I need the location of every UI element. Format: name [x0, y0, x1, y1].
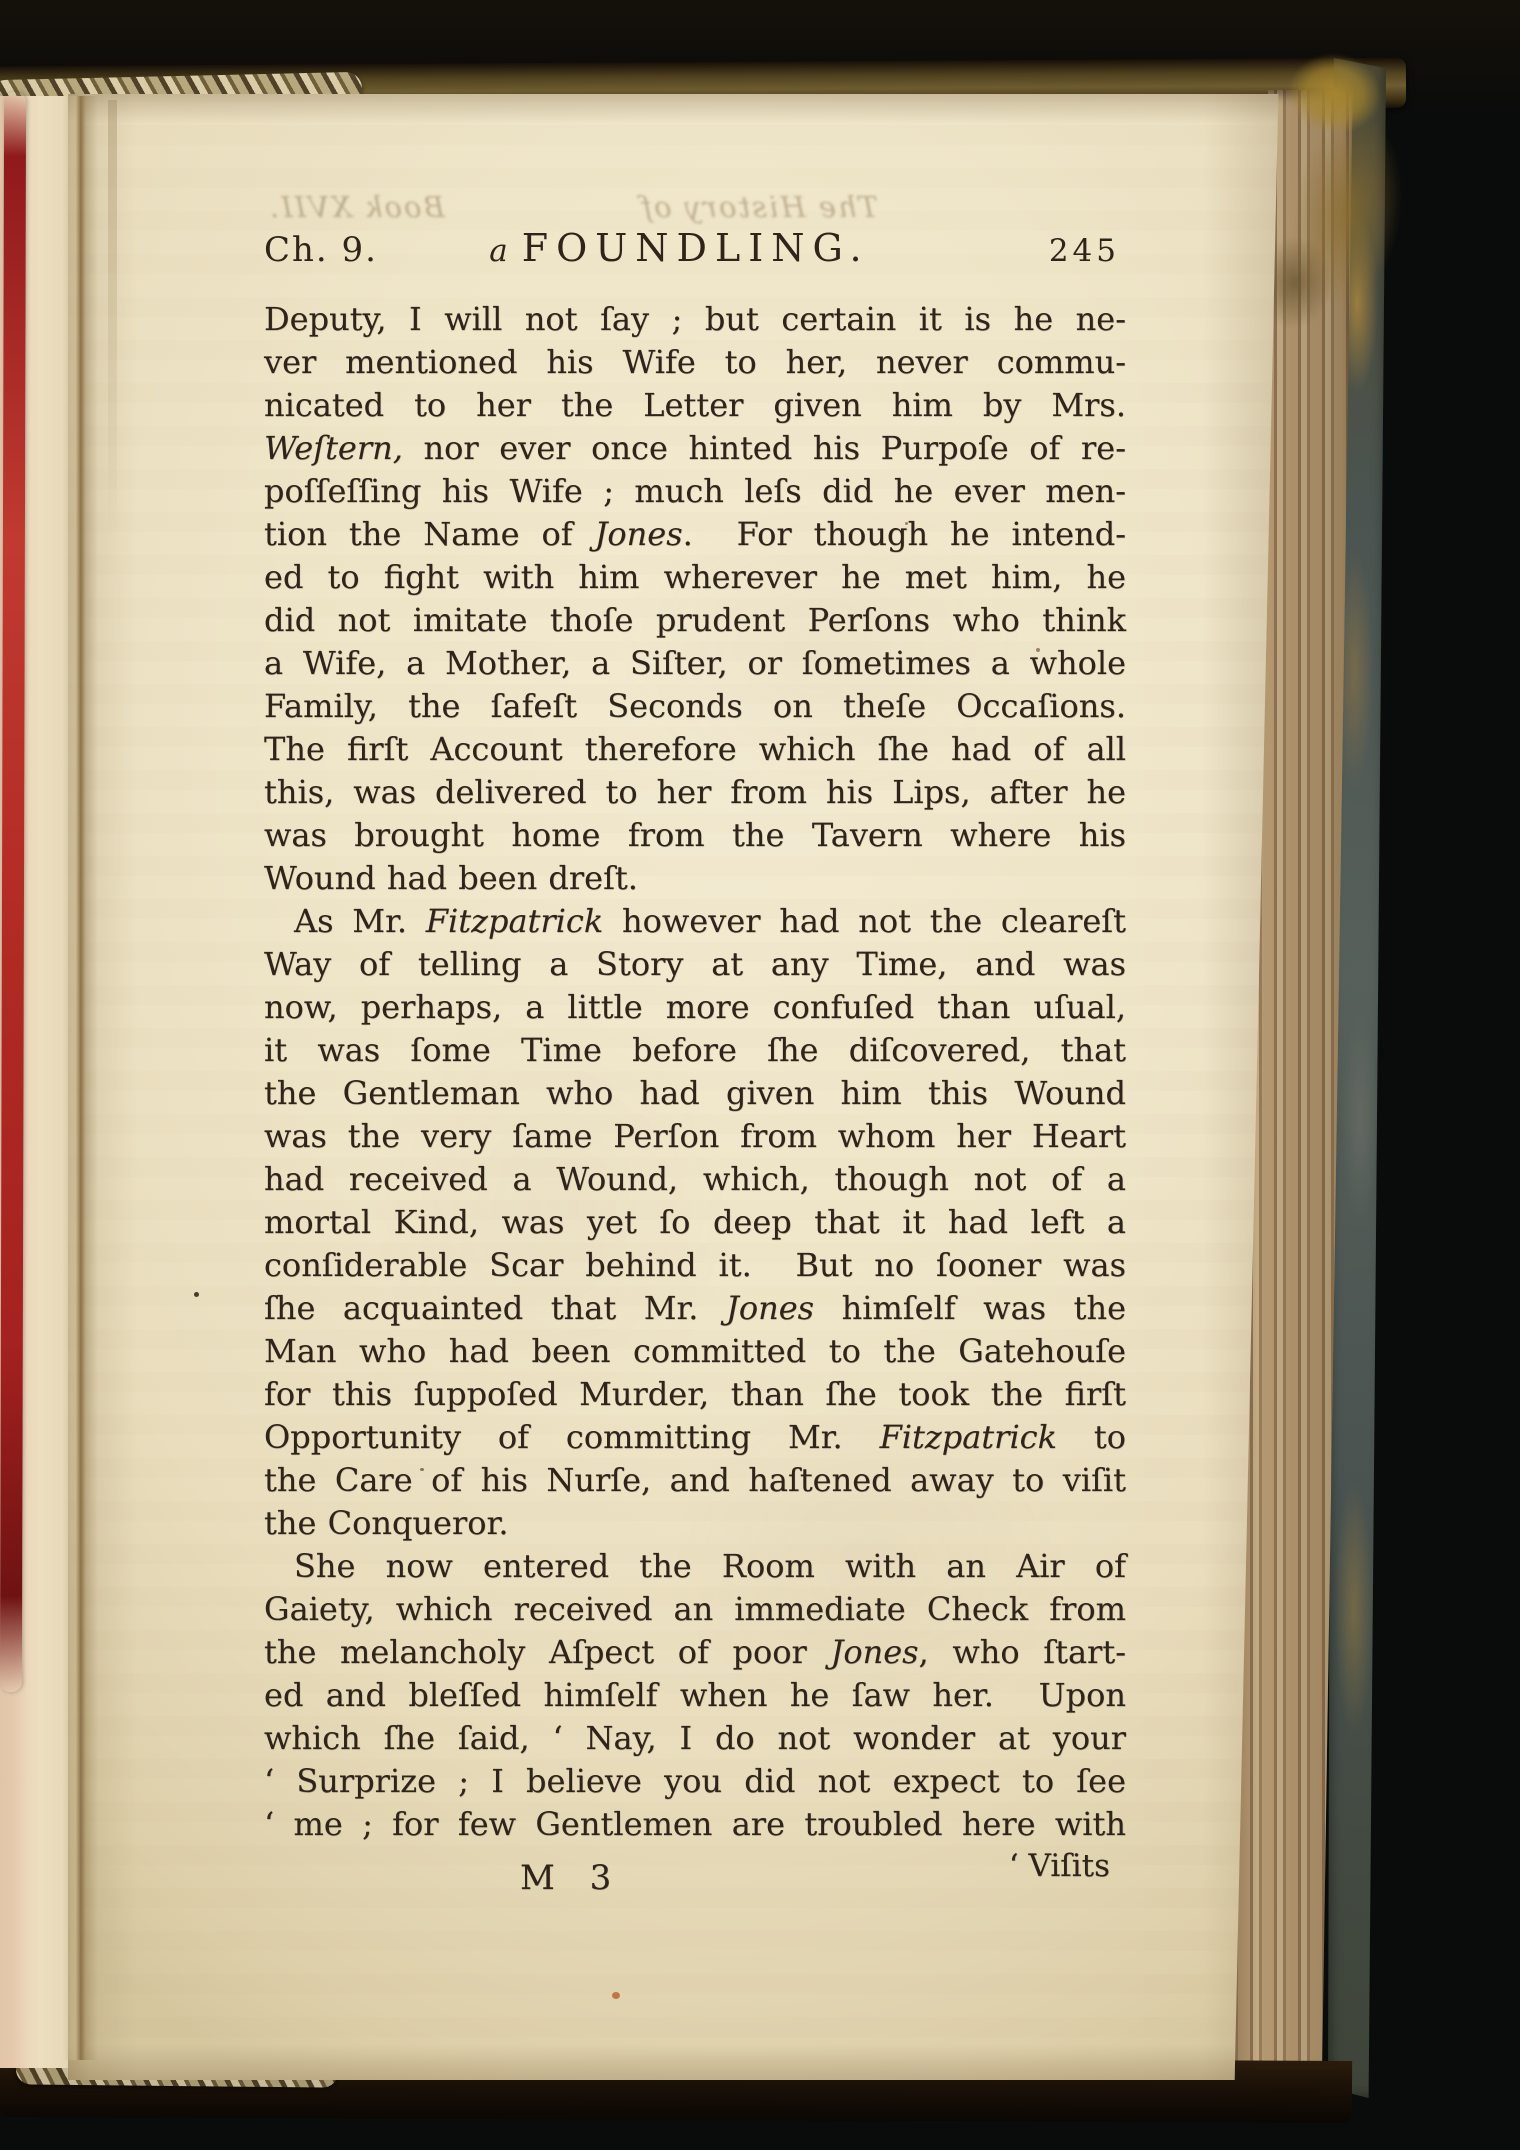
red-edge-stain	[0, 92, 26, 1692]
title-article: a	[489, 233, 507, 269]
text-line: mortal Kind, was yet ſo deep that it had…	[264, 1201, 1126, 1244]
paragraph: Deputy, I will not ſay ; but certain it …	[264, 298, 1126, 900]
text-line: the melancholy Aſpect of poor Jones, who…	[264, 1631, 1126, 1674]
text-line: it was ſome Time before ſhe diſcovered, …	[264, 1029, 1126, 1072]
text-line: tion the Name of Jones. For though he in…	[264, 513, 1126, 556]
chapter-label: Ch. 9.	[264, 230, 378, 270]
running-title: aFOUNDLING.	[489, 226, 869, 270]
text-line: the Gentleman who had given him this Wou…	[264, 1072, 1126, 1115]
catchword: ‘ Viſits	[1009, 1848, 1110, 1884]
page-footer: M 3 ‘ Viſits	[264, 1848, 1126, 1904]
bleedthrough-text: The History of Book XVII.	[268, 190, 878, 230]
text-line: ‘ me ; for few Gentlemen are troubled he…	[264, 1803, 1126, 1846]
text-line: ed to fight with him wherever he met him…	[264, 556, 1126, 599]
bleedthrough-book-label: Book XVII.	[268, 190, 445, 224]
paragraph: She now entered the Room with an Air ofG…	[264, 1545, 1126, 1846]
text-line: Family, the ſafeſt Seconds on theſe Occa…	[264, 685, 1126, 728]
text-line: the Conqueror.	[264, 1502, 1126, 1545]
text-line: Deputy, I will not ſay ; but certain it …	[264, 298, 1126, 341]
page-title: FOUNDLING.	[522, 226, 870, 270]
text-line: Opportunity of committing Mr. Fitzpatric…	[264, 1416, 1126, 1459]
page-header: Ch. 9. aFOUNDLING. 245	[264, 226, 1126, 278]
text-line: ſhe acquainted that Mr. Jones himſelf wa…	[264, 1287, 1126, 1330]
text-line: nicated to her the Letter given him by M…	[264, 384, 1126, 427]
page-fold-line	[108, 100, 117, 540]
text-line: conſiderable Scar behind it. But no ſoon…	[264, 1244, 1126, 1287]
text-line: ed and bleſſed himſelf when he ſaw her. …	[264, 1674, 1126, 1717]
text-line: As Mr. Fitzpatrick however had not the c…	[264, 900, 1126, 943]
signature-mark: M 3	[520, 1858, 623, 1898]
gutter-crease	[62, 96, 98, 2060]
text-line: had received a Wound, which, though not …	[264, 1158, 1126, 1201]
text-line: was the very ſame Perſon from whom her H…	[264, 1115, 1126, 1158]
age-spot	[612, 1992, 620, 1999]
book-photo: The History of Book XVII. Ch. 9. aFOUNDL…	[0, 0, 1520, 2150]
page-number: 245	[1049, 233, 1120, 269]
bleedthrough-running-title: The History of	[639, 190, 878, 224]
text-line: Weſtern, nor ever once hinted his Purpoſ…	[264, 427, 1126, 470]
text-line: did not imitate thoſe prudent Perſons wh…	[264, 599, 1126, 642]
text-line: poſſeſſing his Wife ; much leſs did he e…	[264, 470, 1126, 513]
text-line: Way of telling a Story at any Time, and …	[264, 943, 1126, 986]
text-line: Wound had been dreſt.	[264, 857, 1126, 900]
age-spot	[194, 1292, 199, 1297]
text-line: The firſt Account therefore which ſhe ha…	[264, 728, 1126, 771]
text-line: ‘ Surprize ; I believe you did not expec…	[264, 1760, 1126, 1803]
text-line: was brought home from the Tavern where h…	[264, 814, 1126, 857]
text-line: Gaiety, which received an immediate Chec…	[264, 1588, 1126, 1631]
text-line: the Care of his Nurſe, and haſtened away…	[264, 1459, 1126, 1502]
text-line: Man who had been committed to the Gateho…	[264, 1330, 1126, 1373]
text-line: She now entered the Room with an Air of	[264, 1545, 1126, 1588]
text-line: for this ſuppoſed Murder, than ſhe took …	[264, 1373, 1126, 1416]
text-line: this, was delivered to her from his Lips…	[264, 771, 1126, 814]
paragraph: As Mr. Fitzpatrick however had not the c…	[264, 900, 1126, 1545]
text-line: a Wife, a Mother, a Siſter, or ſometimes…	[264, 642, 1126, 685]
text-line: now, perhaps, a little more confuſed tha…	[264, 986, 1126, 1029]
body-text: Deputy, I will not ſay ; but certain it …	[264, 298, 1126, 1846]
text-line: which ſhe ſaid, ‘ Nay, I do not wonder a…	[264, 1717, 1126, 1760]
text-line: ver mentioned his Wife to her, never com…	[264, 341, 1126, 384]
